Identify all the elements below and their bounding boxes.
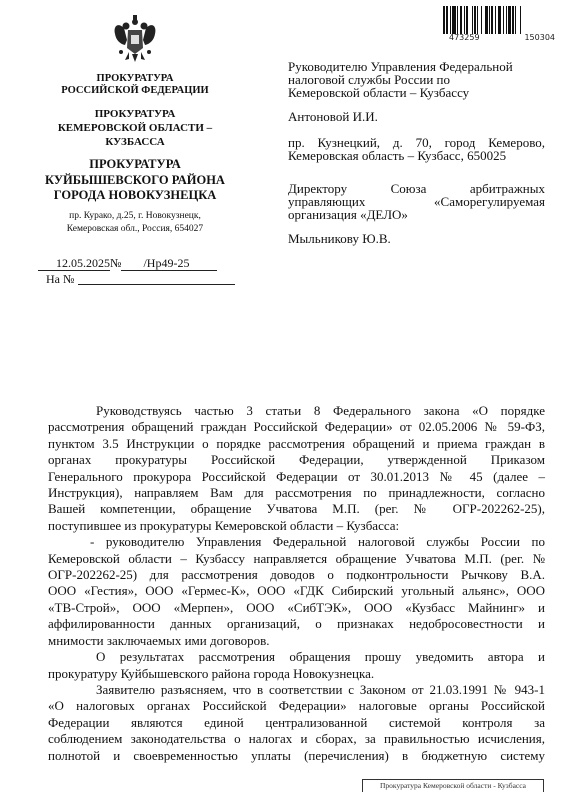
body-line: - руководителю Управления Федеральной на…	[48, 534, 545, 550]
position-line: организация «ДЕЛО»	[288, 208, 545, 221]
org-line: КУЙБЫШЕВСКОГО РАЙОНА	[8, 173, 262, 189]
in-reply-to: На №	[46, 272, 235, 286]
body-line: Заявителю разъясняем, что в соответствии…	[48, 682, 545, 698]
barcode-icon	[443, 6, 553, 34]
body-line: ООО «Гестия», ООО «Гермес-К», ООО «ГДК С…	[48, 583, 545, 599]
recipient-2-name: Мыльникову Ю.В.	[288, 232, 545, 245]
body-line: полнотой и своевременностью уплаты (пере…	[48, 748, 545, 764]
body-line: рассмотрения обращений граждан Российско…	[48, 419, 545, 435]
body-line: мнимости заключаемых ими договоров.	[48, 633, 545, 649]
recipient-1-address: пр. Кузнецкий, д. 70, город Кемерово, Ке…	[288, 136, 545, 162]
letter-body: Руководствуясь частью 3 статьи 8 Федерал…	[48, 403, 545, 764]
org-line: ГОРОДА НОВОКУЗНЕЦКА	[8, 188, 262, 204]
recipient-1-name: Антоновой И.И.	[288, 110, 545, 123]
body-line: прокуратуру Куйбышевского района города …	[48, 666, 545, 682]
barcode-numbers: 473259 150304	[449, 33, 555, 43]
recipient-2-position: Директору Союза арбитражных управляющих …	[288, 182, 545, 221]
sender-org-regional: ПРОКУРАТУРА КЕМЕРОВСКОЙ ОБЛАСТИ – КУЗБАС…	[8, 107, 262, 149]
body-line: Вашей компетенции, обращение Учватова М.…	[48, 501, 545, 517]
russian-coat-of-arms-icon	[112, 14, 158, 64]
body-line: Федерации являются единой централизованн…	[48, 715, 545, 731]
position-line: Кемеровской области – Кузбассу	[288, 86, 545, 99]
body-line: соблюдением законодательства о налогах и…	[48, 731, 545, 747]
body-line: Инструкция), направляем Вам для рассмотр…	[48, 485, 545, 501]
body-line: Руководствуясь частью 3 статьи 8 Федерал…	[48, 403, 545, 419]
body-line: ОГР-202262-25) для рассмотрения доводов …	[48, 567, 545, 583]
body-line: Кемеровской области – Кузбассу направляе…	[48, 551, 545, 567]
address-line: Кемеровская обл., Россия, 654027	[8, 223, 262, 236]
body-line: органах прокуратуры Российской Федерации…	[48, 452, 545, 468]
org-line: ПРОКУРАТУРА	[8, 157, 262, 173]
body-line: аффилированности данных организаций, о п…	[48, 616, 545, 632]
body-line: пунктом 3.5 Инструкции о порядке рассмот…	[48, 436, 545, 452]
document-date-number: 12.05.2025№/Нр49-25	[38, 256, 217, 271]
barcode-right-number: 150304	[524, 33, 555, 43]
body-line: «ТВ-Строй», ООО «Мерпен», ООО «СибТЭК», …	[48, 600, 545, 616]
recipient-1-position: Руководителю Управления Федеральной нало…	[288, 60, 545, 99]
body-line: О результатах рассмотрения обращения про…	[48, 649, 545, 665]
org-line: КУЗБАССА	[8, 135, 262, 149]
body-line: Генерального прокурора Российской Федера…	[48, 469, 545, 485]
org-line: КЕМЕРОВСКОЙ ОБЛАСТИ –	[8, 121, 262, 135]
address-line: пр. Курако, д.25, г. Новокузнецк,	[8, 210, 262, 223]
in-reply-label: На №	[46, 272, 74, 286]
address-line: Кемеровская область – Кузбасс, 650025	[288, 149, 545, 162]
barcode-left-number: 473259	[449, 33, 480, 43]
sender-address: пр. Курако, д.25, г. Новокузнецк, Кемеро…	[8, 210, 262, 236]
body-line: поступившее из прокуратуры Кемеровской о…	[48, 518, 545, 534]
sender-org-federal: ПРОКУРАТУРА РОССИЙСКОЙ ФЕДЕРАЦИИ	[8, 73, 262, 97]
org-line: ПРОКУРАТУРА	[8, 107, 262, 121]
sender-org-district: ПРОКУРАТУРА КУЙБЫШЕВСКОГО РАЙОНА ГОРОДА …	[8, 157, 262, 204]
document-number: /Нр49-25	[121, 256, 217, 271]
body-line: «О налоговых органах Российской Федераци…	[48, 698, 545, 714]
org-line: РОССИЙСКОЙ ФЕДЕРАЦИИ	[8, 85, 262, 97]
org-line: ПРОКУРАТУРА	[8, 73, 262, 85]
number-sign: №	[110, 256, 121, 270]
in-reply-value	[78, 272, 235, 285]
document-date: 12.05.2025	[38, 256, 110, 271]
footer-stamp: Прокуратура Кемеровской области - Кузбас…	[362, 779, 544, 792]
